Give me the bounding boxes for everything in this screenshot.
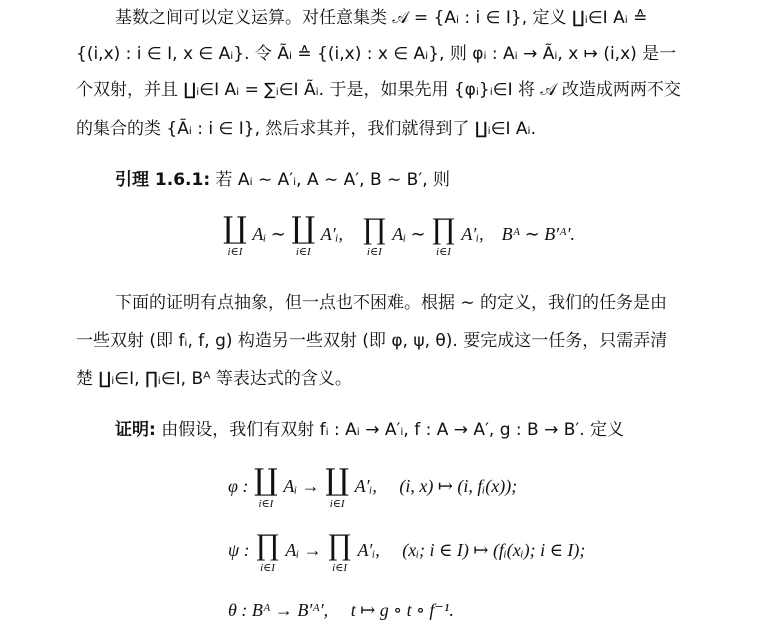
paragraph1-line3: 个双射，并且 ∐ᵢ∈I Aᵢ = ∑ᵢ∈I Ãᵢ. 于是，如果先用 {φᵢ}ᵢ∈… xyxy=(76,79,746,101)
prod-index: i∈I xyxy=(327,562,352,574)
lemma-heading: 引理 1.6.1: 若 Aᵢ ∼ A′ᵢ, A ∼ A′, B ∼ B′, 则 xyxy=(115,169,768,191)
prod-symbol: ∏ xyxy=(255,530,280,560)
lemma-statement: 若 Aᵢ ∼ A′ᵢ, A ∼ A′, B ∼ B′, 则 xyxy=(216,170,450,190)
prod-index: i∈I xyxy=(431,246,456,258)
prod-index: i∈I xyxy=(362,246,387,258)
psi-name: ψ : xyxy=(228,540,250,560)
power-relation: Bᴬ ∼ B′ᴬ′. xyxy=(502,224,575,244)
paragraph2-line2: 一些双射 (即 fᵢ, f, g) 构造另一些双射 (即 φ, ψ, θ). 要… xyxy=(76,330,746,352)
coprod-symbol: ∐ xyxy=(325,466,349,496)
theta-text: θ : Bᴬ → B′ᴬ′, xyxy=(228,600,328,620)
prod-operator-2: ∏ i∈I xyxy=(327,530,352,574)
psi-left: Aᵢ → xyxy=(285,540,321,560)
coprod-operator-2: ∐ i∈I xyxy=(291,214,315,258)
prod-symbol: ∏ xyxy=(362,214,387,244)
coprod-right: A′ᵢ, xyxy=(321,224,343,244)
prod-operator: ∏ i∈I xyxy=(362,214,387,258)
prod-symbol: ∏ xyxy=(431,214,456,244)
prod-right: A′ᵢ, xyxy=(461,224,483,244)
paragraph1-line4: 的集合的类 {Ãᵢ : i ∈ I}, 然后求其并，我们就得到了 ∐ᵢ∈I Aᵢ… xyxy=(76,118,746,140)
prod-operator: ∏ i∈I xyxy=(255,530,280,574)
theta-definition: θ : Bᴬ → B′ᴬ′, t ↦ g ∘ t ∘ f⁻¹. xyxy=(228,600,454,621)
phi-name: φ : xyxy=(228,476,248,496)
psi-definition: ψ : ∏ i∈I Aᵢ → ∏ i∈I A′ᵢ, (xᵢ; i ∈ I) ↦ … xyxy=(228,530,585,574)
phi-definition: φ : ∐ i∈I Aᵢ → ∐ i∈I A′ᵢ, (i, x) ↦ (i, f… xyxy=(228,466,517,510)
psi-map: (xᵢ; i ∈ I) ↦ (fᵢ(xᵢ); i ∈ I); xyxy=(402,540,585,560)
coprod-index: i∈I xyxy=(291,246,315,258)
phi-map: (i, x) ↦ (i, fᵢ(x)); xyxy=(399,476,517,496)
prod-symbol: ∏ xyxy=(327,530,352,560)
lemma-display-equation: ∐ i∈I Aᵢ ∼ ∐ i∈I A′ᵢ, ∏ i∈I Aᵢ ∼ ∏ i∈I A… xyxy=(222,214,575,258)
coprod-index: i∈I xyxy=(325,498,349,510)
coprod-operator: ∐ i∈I xyxy=(254,466,278,510)
coprod-operator-2: ∐ i∈I xyxy=(325,466,349,510)
coprod-symbol: ∐ xyxy=(223,214,247,244)
coprod-symbol: ∐ xyxy=(291,214,315,244)
lemma-label: 引理 1.6.1: xyxy=(115,170,210,190)
proof-intro: 由假设，我们有双射 fᵢ : Aᵢ → A′ᵢ, f : A → A′, g :… xyxy=(161,420,624,440)
prod-left: Aᵢ ∼ xyxy=(392,224,425,244)
coprod-left: Aᵢ ∼ xyxy=(252,224,285,244)
psi-right: A′ᵢ, xyxy=(357,540,379,560)
coprod-operator: ∐ i∈I xyxy=(223,214,247,258)
paragraph2-line1: 下面的证明有点抽象，但一点也不困难。根据 ∼ 的定义，我们的任务是由 xyxy=(115,292,768,314)
paragraph2-line3: 楚 ∐ᵢ∈I, ∏ᵢ∈I, Bᴬ 等表达式的含义。 xyxy=(76,368,746,390)
proof-label: 证明: xyxy=(115,420,156,440)
paragraph1-line2: {(i,x) : i ∈ I, x ∈ Aᵢ}. 令 Ãᵢ ≙ {(i,x) :… xyxy=(76,43,746,65)
phi-left: Aᵢ → xyxy=(283,476,319,496)
proof-heading: 证明: 由假设，我们有双射 fᵢ : Aᵢ → A′ᵢ, f : A → A′,… xyxy=(115,419,768,441)
theta-map: t ↦ g ∘ t ∘ f⁻¹. xyxy=(351,600,454,620)
prod-index: i∈I xyxy=(255,562,280,574)
prod-operator-2: ∏ i∈I xyxy=(431,214,456,258)
coprod-symbol: ∐ xyxy=(254,466,278,496)
coprod-index: i∈I xyxy=(254,498,278,510)
coprod-index: i∈I xyxy=(223,246,247,258)
phi-right: A′ᵢ, xyxy=(355,476,377,496)
paragraph1-line1: 基数之间可以定义运算。对任意集类 𝒜 = {Aᵢ : i ∈ I}, 定义 ∐ᵢ… xyxy=(115,7,768,29)
